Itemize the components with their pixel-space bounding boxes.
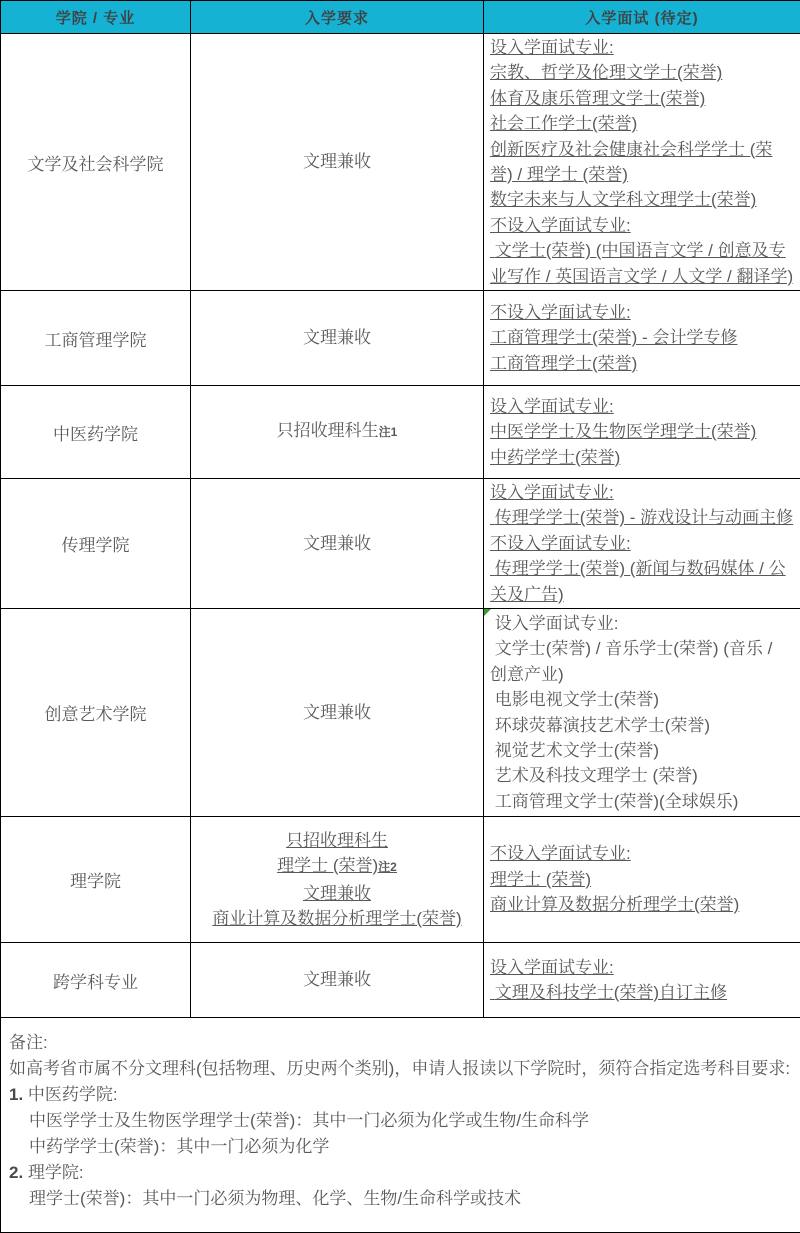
cell-text-line: 文理兼收 — [197, 149, 477, 174]
program-link[interactable]: 理学士 (荣誉) — [490, 867, 794, 892]
program-link[interactable]: 商业计算及数据分析理学士(荣誉) — [490, 892, 794, 917]
line-text: 工商管理文学士(荣誉)(全球娱乐) — [490, 792, 738, 811]
interview-cell: 设入学面试专业:宗教、哲学及伦理文学士(荣誉)体育及康乐管理文学士(荣誉)社会工… — [484, 34, 800, 291]
cell-text-line: 电影电视文学士(荣誉) — [490, 687, 794, 712]
line-text[interactable]: 工商管理学士(荣誉) - 会计学专修 — [490, 328, 737, 347]
requirement-cell: 文理兼收 — [191, 479, 484, 609]
note-reference: 注1 — [379, 425, 398, 439]
table-row: 中医药学院 只招收理科生注1 设入学面试专业:中医学学士及生物医学理学士(荣誉)… — [1, 386, 800, 479]
line-text: 文理兼收 — [303, 328, 371, 347]
cell-text-line: 环球荧幕演技艺术学士(荣誉) — [490, 713, 794, 738]
program-link[interactable]: 创新医疗及社会健康社会科学学士 (荣誉) / 理学士 (荣誉) — [490, 137, 794, 188]
program-link[interactable]: 设入学面试专业: — [490, 955, 794, 980]
cell-text-line: 文学士(荣誉) / 音乐学士(荣誉) (音乐 / 创意产业) — [490, 636, 794, 687]
comment-marker-icon — [484, 609, 491, 616]
notes-title: 备注: — [9, 1030, 792, 1056]
line-text: 艺术及科技文理学士 (荣誉) — [490, 766, 698, 785]
cell-text-line: 文理兼收 — [197, 325, 477, 350]
program-link[interactable]: 传理学学士(荣誉) - 游戏设计与动画主修 — [490, 505, 794, 530]
college-name: 中医药学院 — [1, 386, 191, 479]
program-link[interactable]: 设入学面试专业: — [490, 35, 794, 60]
interview-cell: 不设入学面试专业:理学士 (荣誉)商业计算及数据分析理学士(荣誉) — [484, 817, 800, 943]
line-text[interactable]: 宗教、哲学及伦理文学士(荣誉) — [490, 63, 722, 82]
college-name: 传理学院 — [1, 479, 191, 609]
line-text[interactable]: 传理学学士(荣誉) - 游戏设计与动画主修 — [490, 508, 793, 527]
line-text[interactable]: 文理兼收 — [303, 884, 371, 903]
interview-cell: 设入学面试专业: 文理及科技学士(荣誉)自订主修 — [484, 943, 800, 1018]
program-link[interactable]: 不设入学面试专业: — [490, 213, 794, 238]
program-link[interactable]: 不设入学面试专业: — [490, 300, 794, 325]
program-link[interactable]: 设入学面试专业: — [490, 394, 794, 419]
table-row: 理学院 只招收理科生理学士 (荣誉)注2文理兼收商业计算及数据分析理学士(荣誉)… — [1, 817, 800, 943]
admissions-page: 学院 / 专业 入学要求 入学面试 (待定) 文学及社会科学院 文理兼收 设入学… — [0, 0, 800, 1230]
line-text[interactable]: 只招收理科生 — [286, 831, 388, 850]
table-row: 传理学院 文理兼收 设入学面试专业: 传理学学士(荣誉) - 游戏设计与动画主修… — [1, 479, 800, 609]
notes-section: 备注: 如高考省市属不分文理科(包括物理、历史两个类别)，申请人报读以下学院时，… — [1, 1018, 800, 1233]
interview-cell: 设入学面试专业:中医学学士及生物医学理学士(荣誉)中药学学士(荣誉) — [484, 386, 800, 479]
table-row: 文学及社会科学院 文理兼收 设入学面试专业:宗教、哲学及伦理文学士(荣誉)体育及… — [1, 34, 800, 291]
line-text[interactable]: 创新医疗及社会健康社会科学学士 (荣誉) / 理学士 (荣誉) — [490, 140, 772, 184]
requirement-cell: 文理兼收 — [191, 609, 484, 817]
line-text: 文理兼收 — [303, 703, 371, 722]
line-text: 电影电视文学士(荣誉) — [490, 690, 659, 709]
cell-text-line: 只招收理科生注1 — [197, 418, 477, 445]
line-text[interactable]: 设入学面试专业: — [490, 397, 614, 416]
cell-text-line: 工商管理文学士(荣誉)(全球娱乐) — [490, 789, 794, 814]
requirement-cell: 文理兼收 — [191, 34, 484, 291]
line-text[interactable]: 中药学学士(荣誉) — [490, 448, 620, 467]
line-text[interactable]: 商业计算及数据分析理学士(荣誉) — [490, 895, 739, 914]
interview-cell: 设入学面试专业: 传理学学士(荣誉) - 游戏设计与动画主修不设入学面试专业: … — [484, 479, 800, 609]
header-college: 学院 / 专业 — [1, 1, 191, 34]
notes-items: 1. 中医药学院:中医学学士及生物医学理学士(荣誉)：其中一门必须为化学或生物/… — [9, 1082, 792, 1212]
line-text[interactable]: 文理及科技学士(荣誉)自订主修 — [490, 983, 727, 1002]
cell-text-line: 文理兼收 — [197, 700, 477, 725]
note-detail: 中药学学士(荣誉)：其中一门必须为化学 — [9, 1134, 792, 1160]
line-text[interactable]: 工商管理学士(荣誉) — [490, 354, 637, 373]
cell-text-line: 艺术及科技文理学士 (荣誉) — [490, 763, 794, 788]
college-name: 理学院 — [1, 817, 191, 943]
cell-text-line: 视觉艺术文学士(荣誉) — [490, 738, 794, 763]
line-text: 文理兼收 — [303, 534, 371, 553]
program-link[interactable]: 设入学面试专业: — [490, 480, 794, 505]
requirement-cell: 只招收理科生注1 — [191, 386, 484, 479]
line-text[interactable]: 设入学面试专业: — [490, 483, 614, 502]
header-row: 学院 / 专业 入学要求 入学面试 (待定) — [1, 1, 800, 34]
table-row: 工商管理学院 文理兼收 不设入学面试专业:工商管理学士(荣誉) - 会计学专修工… — [1, 291, 800, 386]
line-text[interactable]: 理学士 (荣誉) — [490, 870, 591, 889]
line-text[interactable]: 设入学面试专业: — [490, 38, 614, 57]
program-link[interactable]: 宗教、哲学及伦理文学士(荣誉) — [490, 60, 794, 85]
line-text: 视觉艺术文学士(荣誉) — [490, 741, 659, 760]
college-name: 跨学科专业 — [1, 943, 191, 1018]
note-item-heading: 1. 中医药学院: — [9, 1082, 792, 1108]
line-text: 文理兼收 — [303, 970, 371, 989]
line-text[interactable]: 不设入学面试专业: — [490, 844, 631, 863]
line-text[interactable]: 不设入学面试专业: — [490, 303, 631, 322]
program-link[interactable]: 工商管理学士(荣誉) - 会计学专修 — [490, 325, 794, 350]
program-link[interactable]: 只招收理科生 — [197, 828, 477, 853]
admissions-table: 学院 / 专业 入学要求 入学面试 (待定) 文学及社会科学院 文理兼收 设入学… — [0, 0, 800, 1233]
line-text[interactable]: 不设入学面试专业: — [490, 534, 631, 553]
line-text[interactable]: 设入学面试专业: — [490, 958, 614, 977]
interview-cell: 设入学面试专业: 文学士(荣誉) / 音乐学士(荣誉) (音乐 / 创意产业) … — [484, 609, 800, 817]
line-text[interactable]: 体育及康乐管理文学士(荣誉) — [490, 89, 705, 108]
line-text[interactable]: 数字未来与人文学科文理学士(荣誉) — [490, 190, 756, 209]
program-link[interactable]: 社会工作学士(荣誉) — [490, 111, 794, 136]
program-link[interactable]: 传理学学士(荣誉) (新闻与数码媒体 / 公关及广告) — [490, 556, 794, 607]
program-link[interactable]: 不设入学面试专业: — [490, 531, 794, 556]
header-requirement: 入学要求 — [191, 1, 484, 34]
note-item-title: 中医药学院: — [28, 1085, 118, 1104]
line-text[interactable]: 理学士 (荣誉) — [277, 856, 378, 875]
program-link[interactable]: 商业计算及数据分析理学士(荣誉) — [197, 906, 477, 931]
notes-row: 备注: 如高考省市属不分文理科(包括物理、历史两个类别)，申请人报读以下学院时，… — [1, 1018, 800, 1233]
line-text[interactable]: 中医学学士及生物医学理学士(荣誉) — [490, 422, 756, 441]
table-row: 跨学科专业 文理兼收 设入学面试专业: 文理及科技学士(荣誉)自订主修 — [1, 943, 800, 1018]
cell-text-line: 设入学面试专业: — [490, 611, 794, 636]
note-reference: 注2 — [378, 860, 397, 874]
note-item-number: 2. — [9, 1163, 23, 1182]
requirement-cell: 只招收理科生理学士 (荣誉)注2文理兼收商业计算及数据分析理学士(荣誉) — [191, 817, 484, 943]
notes-intro: 如高考省市属不分文理科(包括物理、历史两个类别)，申请人报读以下学院时，须符合指… — [9, 1056, 792, 1082]
college-name: 创意艺术学院 — [1, 609, 191, 817]
program-link[interactable]: 中药学学士(荣誉) — [490, 445, 794, 470]
line-text[interactable]: 商业计算及数据分析理学士(荣誉) — [212, 909, 461, 928]
line-text: 设入学面试专业: — [490, 614, 618, 633]
program-link[interactable]: 文学士(荣誉) (中国语言文学 / 创意及专业写作 / 英国语言文学 / 人文学… — [490, 238, 794, 289]
program-link[interactable]: 不设入学面试专业: — [490, 841, 794, 866]
requirement-cell: 文理兼收 — [191, 291, 484, 386]
requirement-cell: 文理兼收 — [191, 943, 484, 1018]
college-name: 工商管理学院 — [1, 291, 191, 386]
line-text: 环球荧幕演技艺术学士(荣誉) — [490, 716, 710, 735]
program-link[interactable]: 文理兼收 — [197, 881, 477, 906]
cell-text-line: 文理兼收 — [197, 967, 477, 992]
program-link[interactable]: 理学士 (荣誉)注2 — [197, 853, 477, 880]
program-link[interactable]: 数字未来与人文学科文理学士(荣誉) — [490, 187, 794, 212]
line-text[interactable]: 文学士(荣誉) (中国语言文学 / 创意及专业写作 / 英国语言文学 / 人文学… — [490, 241, 793, 285]
note-item-heading: 2. 理学院: — [9, 1160, 792, 1186]
table-row: 创意艺术学院 文理兼收 设入学面试专业: 文学士(荣誉) / 音乐学士(荣誉) … — [1, 609, 800, 817]
program-link[interactable]: 工商管理学士(荣誉) — [490, 351, 794, 376]
college-name: 文学及社会科学院 — [1, 34, 191, 291]
note-detail: 理学士(荣誉)：其中一门必须为物理、化学、生物/生命科学或技术 — [9, 1186, 792, 1212]
program-link[interactable]: 体育及康乐管理文学士(荣誉) — [490, 86, 794, 111]
note-item-title: 理学院: — [28, 1163, 84, 1182]
line-text: 文理兼收 — [303, 152, 371, 171]
note-item-number: 1. — [9, 1085, 23, 1104]
note-detail: 中医学学士及生物医学理学士(荣誉)：其中一门必须为化学或生物/生命科学 — [9, 1108, 792, 1134]
interview-cell: 不设入学面试专业:工商管理学士(荣誉) - 会计学专修工商管理学士(荣誉) — [484, 291, 800, 386]
line-text[interactable]: 传理学学士(荣誉) (新闻与数码媒体 / 公关及广告) — [490, 559, 786, 603]
line-text: 文学士(荣誉) / 音乐学士(荣誉) (音乐 / 创意产业) — [490, 639, 777, 683]
cell-text-line: 文理兼收 — [197, 531, 477, 556]
line-text[interactable]: 不设入学面试专业: — [490, 216, 631, 235]
program-link[interactable]: 文理及科技学士(荣誉)自订主修 — [490, 980, 794, 1005]
line-text: 只招收理科生 — [277, 421, 379, 440]
header-interview: 入学面试 (待定) — [484, 1, 800, 34]
line-text[interactable]: 社会工作学士(荣誉) — [490, 114, 637, 133]
program-link[interactable]: 中医学学士及生物医学理学士(荣誉) — [490, 419, 794, 444]
